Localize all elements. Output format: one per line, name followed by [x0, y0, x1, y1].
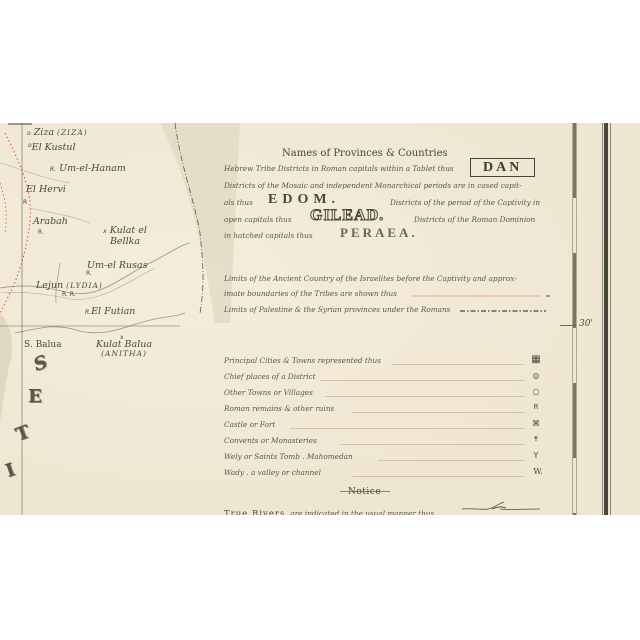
place-el-hervi: El Hervi	[26, 184, 66, 195]
legend-line: Limits of Palestine & the Syrian provinc…	[224, 305, 450, 314]
place-el-futian: R.El Futian	[85, 306, 135, 317]
legend-symbol-label: Convents or Monasteries	[224, 436, 317, 445]
legend-line: Districts of the Mosaic and independent …	[224, 181, 522, 190]
notice-title: Notice	[348, 487, 381, 497]
leader-line	[392, 364, 524, 365]
crescent-tomb-icon: Y	[530, 451, 542, 460]
tick-mark	[560, 325, 576, 326]
legend-line: Districts of the period of the Captivity…	[390, 198, 540, 207]
city-block-icon: ▦	[530, 354, 542, 365]
place-kulat-balua: Kulat Balua (ANITHA)	[96, 340, 152, 358]
cased-example-edom: EDOM.	[268, 192, 340, 208]
roman-provinces-dashdot-line	[460, 308, 550, 314]
place-s-balua: S. Balua	[24, 340, 62, 350]
leader-line	[378, 460, 525, 461]
notice-rivers: True Rivers are indicated in the usual m…	[224, 501, 434, 515]
leader-line	[352, 476, 524, 477]
place-um-el-hanam: R. Um-el-Hanam	[50, 163, 126, 174]
leader-line	[320, 380, 525, 381]
legend-symbol-label: Roman remains & other ruins	[224, 404, 334, 413]
latitude-label: 30'	[579, 319, 593, 329]
village-circle-icon: o	[27, 130, 31, 137]
ruins-icon: R.	[50, 166, 56, 173]
ruins-icon: R	[23, 199, 27, 206]
legend-line: Hebrew Tribe Districts in Roman capitals…	[224, 164, 454, 173]
leader-line	[340, 444, 525, 445]
wady-w-icon: W.	[530, 467, 546, 476]
fort-icon: ⌘	[530, 419, 542, 428]
place-um-el-rusas: Um-el Rusas	[87, 260, 148, 271]
place-arabah: Arabah	[33, 216, 68, 227]
ruins-icon: R.	[38, 229, 44, 236]
frame-line	[576, 123, 577, 515]
open-example-gilead: GILEAD.	[310, 207, 384, 225]
small-circle-icon: ○	[530, 387, 542, 396]
castle-icon: x	[103, 228, 107, 235]
legend-provinces-title: Names of Provinces & Countries	[282, 148, 448, 159]
legend-line: Districts of the Roman Dominion	[414, 215, 535, 224]
ruins-icon: R.	[86, 270, 92, 277]
legend-symbol-label: Chief places of a District	[224, 372, 316, 381]
place-kulat-el-bellka: x Kulat el Bellka	[90, 226, 160, 247]
target-circle-icon: ◎	[530, 371, 542, 380]
region-letter: E	[28, 386, 42, 407]
ancient-boundary-dotted-line	[412, 293, 552, 299]
legend-line: open capitals thus	[224, 215, 292, 224]
ruins-r-icon: R	[530, 403, 542, 411]
leader-line	[290, 428, 525, 429]
outer-frame	[604, 123, 608, 515]
leader-line	[325, 396, 525, 397]
river-sample-line	[462, 500, 542, 514]
cross-icon: ✝	[530, 435, 542, 443]
legend-symbol-label: Other Towns or Villages	[224, 388, 313, 397]
frame-line	[610, 123, 611, 515]
place-ziza: o Ziza (ZIZA)	[27, 127, 88, 138]
tablet-example-dan: DAN	[470, 158, 535, 177]
place-el-kustul: oEl Kustul	[28, 142, 76, 153]
legend-symbol-label: Principal Cities & Towns represented thu…	[224, 356, 381, 365]
legend-symbol-label: Wady . a valley or channel	[224, 468, 321, 477]
frame-line	[602, 123, 603, 515]
ruins-icon: R. R.	[62, 291, 76, 298]
legend-line: Limits of the Ancient Country of the Isr…	[224, 274, 517, 283]
leader-line	[352, 412, 525, 413]
legend-line: imate boundaries of the Tribes are shown…	[224, 289, 397, 298]
place-lejun: Lejun (LYDIA)	[36, 280, 103, 291]
legend-line: in hatched capitals thus	[224, 231, 313, 240]
legend-symbol-label: Castle or Fort	[224, 420, 275, 429]
legend-symbol-label: Wely or Saints Tomb . Mahomedan	[224, 452, 353, 461]
legend-line: als thus	[224, 198, 253, 207]
hatched-example-peraea: PERAEA.	[340, 225, 418, 241]
map-sheet: o Ziza (ZIZA) oEl Kustul R. Um-el-Hanam …	[0, 123, 640, 515]
